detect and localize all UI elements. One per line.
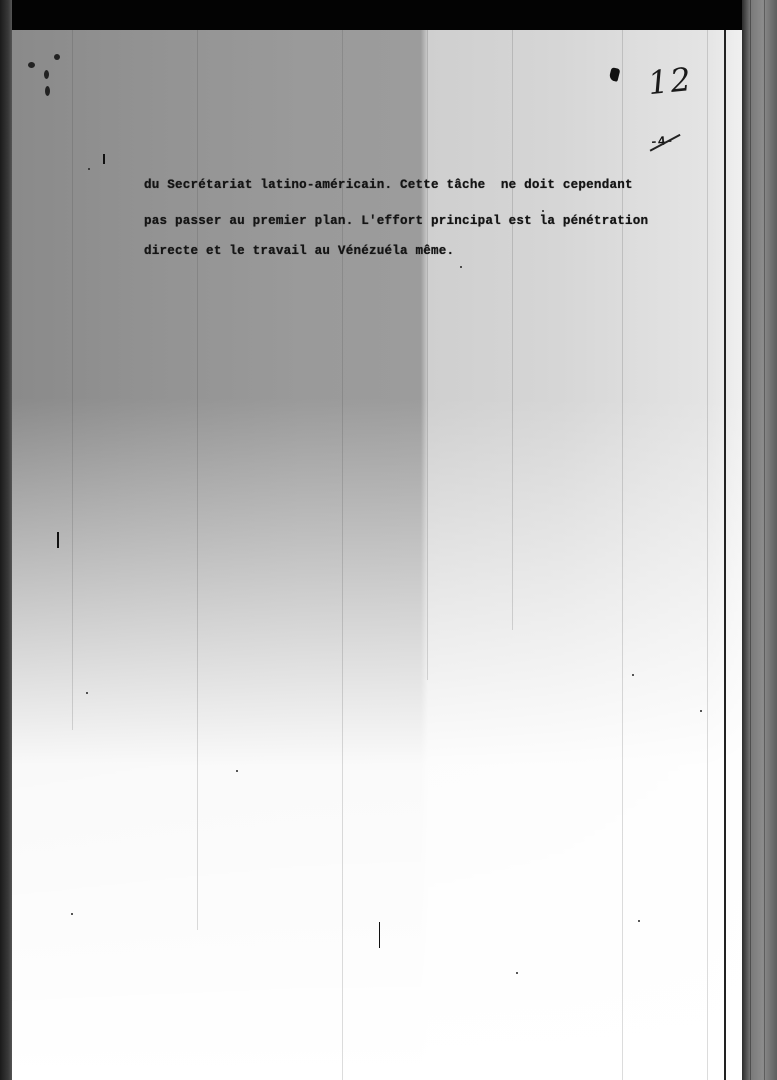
- scan-streak: [72, 30, 73, 730]
- ink-tick: [379, 922, 380, 948]
- scan-streak: [427, 30, 428, 680]
- speck: [516, 972, 518, 974]
- body-text-line: du Secrétariat latino-américain. Cette t…: [144, 178, 633, 192]
- scan-top-border: [0, 0, 745, 30]
- scan-left-border: [0, 0, 12, 1080]
- ink-tick: [103, 154, 105, 164]
- speck: [71, 913, 73, 915]
- ink-tick: [57, 532, 59, 548]
- speck: [88, 168, 90, 170]
- scanned-document: 12 -4- du Secrétariat latino-américain. …: [0, 0, 777, 1080]
- speck: [86, 692, 88, 694]
- punch-mark: [45, 86, 50, 96]
- body-text-line: directe et le travail au Vénézuéla même.: [144, 244, 454, 258]
- speck: [542, 210, 544, 212]
- typed-page-number: -4-: [650, 133, 674, 150]
- handwritten-folio-number: 12: [646, 60, 694, 102]
- speck: [460, 266, 462, 268]
- scan-streak: [512, 30, 513, 630]
- speck: [700, 710, 702, 712]
- body-text-line: pas passer au premier plan. L'effort pri…: [144, 214, 648, 228]
- document-page: 12 -4- du Secrétariat latino-américain. …: [12, 30, 742, 1080]
- scan-streak: [707, 30, 708, 1080]
- punch-mark: [44, 70, 49, 79]
- ink-blot-icon: [609, 67, 621, 82]
- punch-mark: [28, 62, 35, 68]
- punch-mark: [54, 54, 60, 60]
- speck: [638, 920, 640, 922]
- scan-streak: [197, 30, 198, 930]
- speck: [632, 674, 634, 676]
- scan-right-border: [742, 0, 777, 1080]
- speck: [236, 770, 238, 772]
- page-edge-line: [724, 30, 726, 1080]
